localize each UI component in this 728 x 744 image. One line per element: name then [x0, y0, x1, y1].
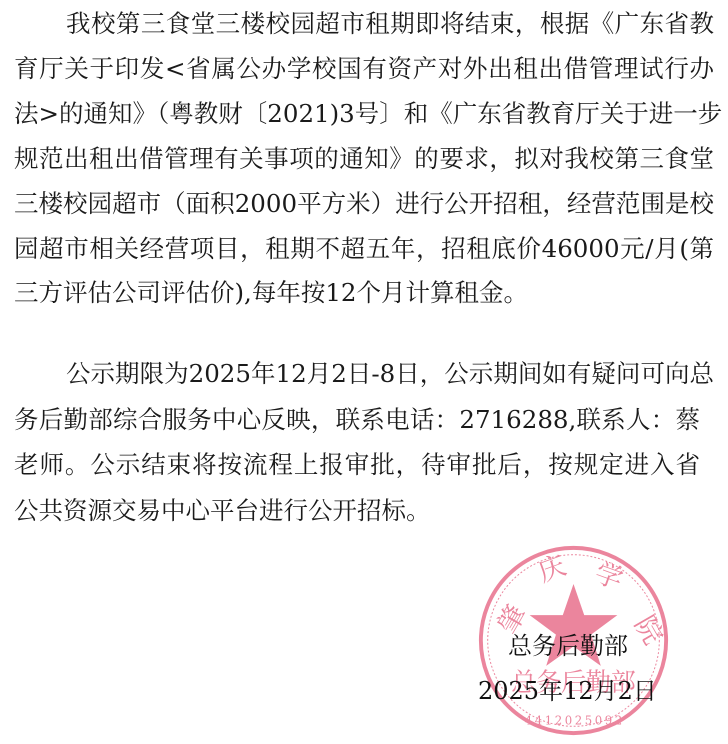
paragraph-line: 三方评估公司评估价),每年按12个月计算租金。 — [14, 278, 714, 308]
paragraph-line: 公示期限为2025年12月2日-8日，公示期间如有疑问可向总 — [66, 359, 714, 389]
paragraph-line: 育厅关于印发<省属公办学校国有资产对外出租出借管理试行办 — [14, 54, 714, 84]
paragraph-line: 我校第三食堂三楼校园超市租期即将结束，根据《广东省教 — [66, 9, 714, 39]
paragraph-line: 务后勤部综合服务中心反映，联系电话：2716288,联系人：蔡 — [14, 405, 700, 435]
paragraph-line: 法>的通知》（粤教财〔2021)3号〕和《广东省教育厅关于进一步 — [14, 99, 714, 129]
signature-department: 总务后勤部 — [508, 631, 628, 661]
paragraph-line: 老师。公示结束将按流程上报审批，待审批后，按规定进入省 — [14, 450, 700, 480]
svg-text:4412025092: 4412025092 — [525, 713, 623, 727]
signature-date: 2025年12月2日 — [478, 676, 657, 706]
paragraph-line: 园超市相关经营项目，租期不超五年，招租底价46000元/月(第 — [14, 234, 714, 264]
paragraph-line: 三楼校园超市（面积2000平方米）进行公开招租，经营范围是校 — [14, 189, 714, 219]
paragraph-line: 公共资源交易中心平台进行公开招标。 — [14, 496, 714, 526]
paragraph-line: 规范出租出借管理有关事项的通知》的要求，拟对我校第三食堂 — [14, 144, 714, 174]
